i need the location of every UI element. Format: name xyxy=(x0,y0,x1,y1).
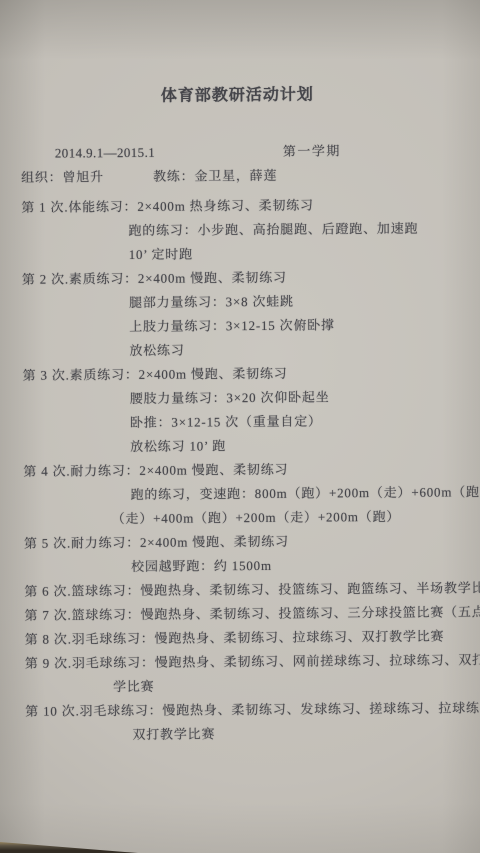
plan-lines: 第 1 次.体能练习：2×400m 热身练习、柔韧练习跑的练习：小步跑、高抬腿跑… xyxy=(21,192,480,748)
plan-line: 学比赛 xyxy=(25,672,480,700)
plan-line: 放松练习 10’ 跑 xyxy=(23,432,480,460)
plan-line: 10’ 定时跑 xyxy=(22,240,479,268)
plan-line: 第 9 次.羽毛球练习：慢跑热身、柔韧练习、网前搓球练习、拉球练习、双打教 xyxy=(25,648,480,676)
organizer-text: 组织：曾旭升 xyxy=(21,169,104,185)
plan-line: 第 2 次.素质练习：2×400m 慢跑、柔韧练习 xyxy=(22,264,479,292)
plan-line: 腰肢力量练习：3×20 次仰卧起坐 xyxy=(23,384,480,412)
plan-line: 腿部力量练习：3×8 次蛙跳 xyxy=(22,288,479,316)
organizer-row: 组织：曾旭升 教练：金卫星，薛莲 xyxy=(21,162,478,190)
plan-line: 第 4 次.耐力练习：2×400m 慢跑、柔韧练习 xyxy=(23,456,480,484)
plan-line: 第 1 次.体能练习：2×400m 热身练习、柔韧练习 xyxy=(21,192,478,220)
plan-line: 上肢力量练习：3×12-15 次俯卧撑 xyxy=(22,312,479,340)
plan-line: 第 3 次.素质练习：2×400m 慢跑、柔韧练习 xyxy=(23,360,480,388)
plan-line: 第 6 次.篮球练习：慢跑热身、柔韧练习、投篮练习、跑篮练习、半场教学比赛 xyxy=(24,576,480,604)
photo-of-document: 体育部教研活动计划 2014.9.1—2015.1 第一学期 组织：曾旭升 教练… xyxy=(0,0,480,853)
plan-line: （走）+400m（跑）+200m（走）+200m（跑） xyxy=(24,504,480,532)
coach-text: 教练：金卫星，薛莲 xyxy=(153,164,277,189)
document-page: 体育部教研活动计划 2014.9.1—2015.1 第一学期 组织：曾旭升 教练… xyxy=(0,0,480,853)
plan-line: 第 8 次.羽毛球练习：慢跑热身、柔韧练习、拉球练习、双打教学比赛 xyxy=(25,624,480,652)
plan-line: 双打教学比赛 xyxy=(25,720,480,748)
date-row: 2014.9.1—2015.1 第一学期 xyxy=(21,138,478,166)
semester-text: 第一学期 xyxy=(283,139,341,163)
plan-line: 第 5 次.耐力练习：2×400m 慢跑、柔韧练习 xyxy=(24,528,480,556)
document-title: 体育部教研活动计划 xyxy=(20,82,477,110)
plan-line: 放松练习 xyxy=(22,336,479,364)
plan-line: 第 7 次.篮球练习：慢跑热身、柔韧练习、投篮练习、三分球投篮比赛（五点） xyxy=(24,600,480,628)
plan-line: 跑的练习，变速跑：800m（跑）+200m（走）+600m（跑）+200m xyxy=(23,480,480,508)
plan-line: 第 10 次.羽毛球练习：慢跑热身、柔韧练习、发球练习、搓球练习、拉球练习 xyxy=(25,696,480,724)
period-text: 2014.9.1—2015.1 xyxy=(55,145,155,161)
plan-line: 校园越野跑：约 1500m xyxy=(24,552,480,580)
plan-line: 跑的练习：小步跑、高抬腿跑、后蹬跑、加速跑 xyxy=(21,216,478,244)
plan-line: 卧推：3×12-15 次（重量自定） xyxy=(23,408,480,436)
